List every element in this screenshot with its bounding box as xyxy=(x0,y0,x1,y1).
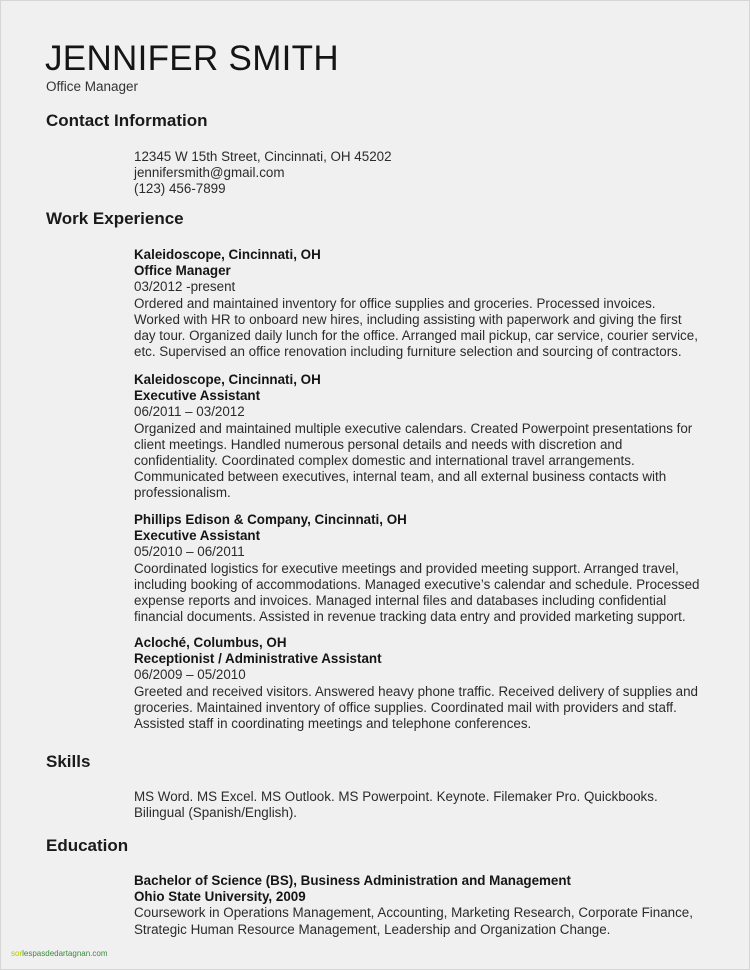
contact-block: 12345 W 15th Street, Cincinnati, OH 4520… xyxy=(134,149,724,198)
watermark: sorlespasdedartagnan.com xyxy=(11,949,108,958)
watermark-prefix: sor xyxy=(11,949,22,958)
job-description-line: professionalism. xyxy=(134,485,724,501)
job-description-line: financial documents. Assisted in revenue… xyxy=(134,609,724,625)
job-description-line: client meetings. Handled numerous person… xyxy=(134,437,724,453)
candidate-name: JENNIFER SMITH xyxy=(45,41,339,76)
job-role: Executive Assistant xyxy=(134,388,724,404)
job-company: Phillips Edison & Company, Cincinnati, O… xyxy=(134,512,724,528)
job-entry: Kaleidoscope, Cincinnati, OH Office Mana… xyxy=(134,247,724,360)
section-heading-education: Education xyxy=(46,836,128,856)
watermark-text: lespasdedartagnan.com xyxy=(22,949,107,958)
section-heading-work: Work Experience xyxy=(46,209,184,229)
job-description-line: expense reports and invoices. Managed in… xyxy=(134,593,724,609)
job-description-line: etc. Supervised an office renovation inc… xyxy=(134,344,724,360)
job-description-line: confidentiality. Coordinated complex dom… xyxy=(134,453,724,469)
job-entry: Phillips Edison & Company, Cincinnati, O… xyxy=(134,512,724,625)
education-block: Bachelor of Science (BS), Business Admin… xyxy=(134,873,724,938)
job-dates: 06/2011 – 03/2012 xyxy=(134,404,724,420)
job-dates: 05/2010 – 06/2011 xyxy=(134,544,724,560)
education-degree: Bachelor of Science (BS), Business Admin… xyxy=(134,873,724,889)
job-description-line: Communicated between executives, interna… xyxy=(134,469,724,485)
job-company: Kaleidoscope, Cincinnati, OH xyxy=(134,247,724,263)
education-coursework-line: Coursework in Operations Management, Acc… xyxy=(134,905,724,921)
candidate-title: Office Manager xyxy=(46,79,138,94)
education-coursework-line: Strategic Human Resource Management, Lea… xyxy=(134,922,724,938)
job-entry: Kaleidoscope, Cincinnati, OH Executive A… xyxy=(134,372,724,502)
job-dates: 06/2009 – 05/2010 xyxy=(134,667,724,683)
section-heading-skills: Skills xyxy=(46,752,90,772)
resume-page: JENNIFER SMITH Office Manager Contact In… xyxy=(1,1,750,970)
job-description-line: Assisted staff in coordinating meetings … xyxy=(134,716,724,732)
section-heading-contact: Contact Information xyxy=(46,111,208,131)
contact-address: 12345 W 15th Street, Cincinnati, OH 4520… xyxy=(134,149,724,165)
job-description-line: Organized and maintained multiple execut… xyxy=(134,421,724,437)
skills-line: MS Word. MS Excel. MS Outlook. MS Powerp… xyxy=(134,789,724,805)
job-description-line: groceries. Maintained inventory of offic… xyxy=(134,700,724,716)
skills-line: Bilingual (Spanish/English). xyxy=(134,805,724,821)
job-company: Acloché, Columbus, OH xyxy=(134,635,724,651)
skills-block: MS Word. MS Excel. MS Outlook. MS Powerp… xyxy=(134,789,724,821)
job-description-line: Worked with HR to onboard new hires, inc… xyxy=(134,312,724,328)
job-role: Office Manager xyxy=(134,263,724,279)
job-description-line: Coordinated logistics for executive meet… xyxy=(134,561,724,577)
job-dates: 03/2012 -present xyxy=(134,279,724,295)
job-company: Kaleidoscope, Cincinnati, OH xyxy=(134,372,724,388)
job-description-line: including booking of accommodations. Man… xyxy=(134,577,724,593)
education-school: Ohio State University, 2009 xyxy=(134,889,724,905)
job-entry: Acloché, Columbus, OH Receptionist / Adm… xyxy=(134,635,724,732)
job-role: Executive Assistant xyxy=(134,528,724,544)
job-role: Receptionist / Administrative Assistant xyxy=(134,651,724,667)
job-description-line: Ordered and maintained inventory for off… xyxy=(134,296,724,312)
contact-email[interactable]: jennifersmith@gmail.com xyxy=(134,165,724,181)
job-description-line: Greeted and received visitors. Answered … xyxy=(134,684,724,700)
contact-phone[interactable]: (123) 456-7899 xyxy=(134,181,724,197)
job-description-line: day tour. Organized daily lunch for the … xyxy=(134,328,724,344)
